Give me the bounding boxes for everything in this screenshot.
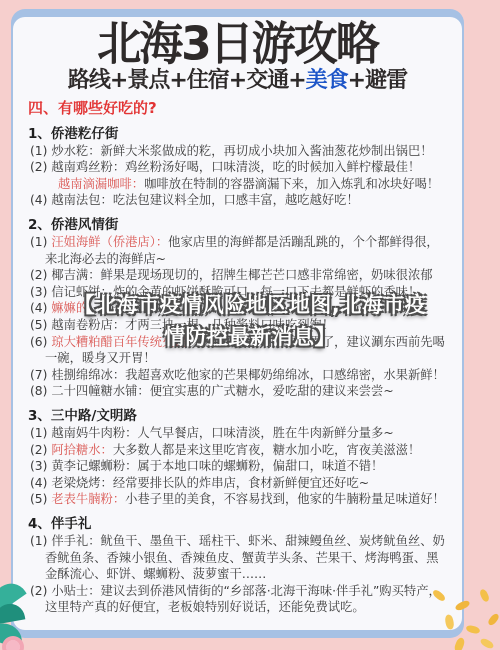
petal-decoration [465, 624, 480, 634]
petal-decoration [453, 637, 466, 650]
food-item: (7) 桂捌绵绵冰：我超喜欢吃他家的芒果椰奶绵绵冰，口感绵密，水果新鲜！ [28, 367, 449, 384]
food-item: (1) 越南妈牛肉粉：人气早餐店，口味清淡，胜在牛肉新鲜分量多~ [28, 425, 449, 442]
food-item: (1) 汪姐海鲜（侨港店）：他家店里的海鲜都是活蹦乱跳的，个个都鲜得很，来北海必… [28, 234, 449, 267]
food-item: (2) 越南鸡丝粉：鸡丝粉汤好喝，口味清淡，吃的时候加入鲜柠檬最佳！ [28, 159, 449, 176]
watermark-line1: 【北海市疫情风险地区地图,北海市疫 [74, 293, 426, 317]
subsection-heading: 3、三中路/文明路 [28, 404, 449, 424]
food-item: (2) 小贴士：建议去到侨港风情街的“乡部落·北海干海味·伴手礼”购买特产，这里… [28, 583, 449, 616]
subsection-heading: 1、侨港籺仔街 [28, 122, 449, 142]
highlight-shop-name: 老表牛腩粉： [51, 492, 125, 506]
watermark-overlay: 【北海市疫情风险地区地图,北海市疫 情防控最新消息】 [0, 290, 500, 353]
section-title: 四、有哪些好吃的? [28, 97, 449, 118]
food-item: 越南滴漏咖啡：咖啡放在特制的容器滴漏下来，加入炼乳和冰块好喝！ [28, 176, 449, 193]
food-item: (4) 越南法包：吃法包建议料全加，口感丰富，越吃越好吃！ [28, 192, 449, 209]
watermark-line2: 情防控最新消息】 [164, 325, 336, 349]
food-item: (3) 黄李记螺蛳粉：属于本地口味的螺蛳粉，偏甜口，味道不错！ [28, 458, 449, 475]
petal-decoration [487, 612, 500, 626]
petal-decoration [479, 588, 491, 603]
page-subtitle: 路线+景点+住宿+交通+美食+避雷 [26, 69, 449, 93]
subsection-heading: 4、伴手礼 [28, 512, 449, 532]
food-sections: 1、侨港籺仔街(1) 炒水籺：新鲜大米浆做成的籺，再切成小块加入酱油葱花炒制出锅… [26, 122, 449, 616]
subtitle-highlight: 美食 [306, 68, 348, 93]
food-item: (2) 椰吉满：鲜果是现场现切的，招牌生椰芒芒口感非常绵密，奶味很浓郁 [28, 267, 449, 284]
highlight-shop-name: 阿拾糖水： [51, 443, 113, 457]
food-item: (5) 老表牛腩粉：小巷子里的美食，不容易找到，他家的牛腩粉量足味道好！ [28, 491, 449, 508]
subtitle-segment: +避雷 [348, 68, 407, 93]
petal-decoration [479, 637, 495, 650]
page-title: 北海3日游攻略 [26, 20, 449, 70]
food-item: (1) 伴手礼：鱿鱼干、墨鱼干、瑶柱干、虾米、甜辣鳗鱼丝、炭烤鱿鱼丝、奶香鱿鱼条… [28, 533, 449, 583]
food-item: (1) 炒水籺：新鲜大米浆做成的籺，再切成小块加入酱油葱花炒制出锅巴！ [28, 143, 449, 160]
food-item: (8) 二十四幢糖水铺：便宜实惠的广式糖水，爱吃甜的建议来尝尝~ [28, 383, 449, 400]
highlight-shop-name: 汪姐海鲜（侨港店）： [51, 235, 168, 249]
subsection-heading: 2、侨港风情街 [28, 213, 449, 233]
subtitle-segment: 路线+景点+住宿+交通+ [68, 68, 306, 93]
food-item: (2) 阿拾糖水：大多数人都是来这里吃宵夜，糖水加小吃，宵夜美滋滋！ [28, 442, 449, 459]
food-item: (4) 老梁烧烤：经常要排长队的炸串店，食材新鲜便宜还好吃~ [28, 475, 449, 492]
highlight-shop-name: 越南滴漏咖啡： [58, 177, 144, 191]
